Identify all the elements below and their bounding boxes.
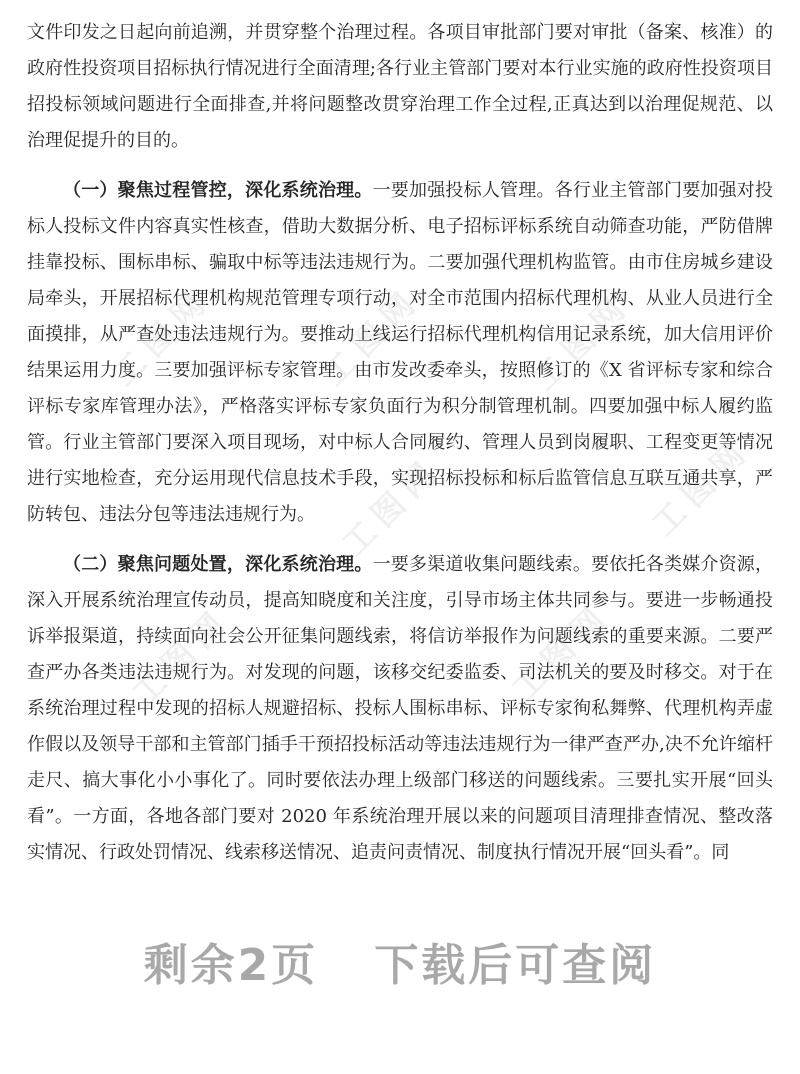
pages-remaining-label: 剩余2页 bbox=[144, 929, 319, 993]
document-preview-page: 工图网工图网工图网工图网工图网工图网工图网 招标投标领域突出问题系统治理工作安排… bbox=[0, 0, 800, 1074]
paragraph-continuation: 文件印发之日起向前追溯，并贯穿整个治理过程。各项目审批部门要对审批（备案、核准）… bbox=[27, 15, 773, 159]
paragraph-section-2: （二）聚焦问题处置，深化系统治理。一要多渠道收集问题线索。要依托各类媒介资源，深… bbox=[27, 547, 773, 871]
document-body: 招标投标领域突出问题系统治理工作安排的时间要求保持一致,各项治理事项原则上从相关… bbox=[0, 0, 800, 871]
download-hint-label: 下载后可查阅 bbox=[374, 929, 656, 993]
pages-remaining-banner: 剩余2页 下载后可查阅 bbox=[0, 929, 800, 993]
section-1-heading: （一）聚焦过程管控，深化系统治理。 bbox=[63, 180, 373, 201]
clipped-top-line: 招标投标领域突出问题系统治理工作安排的时间要求保持一致,各项治理事项原则上从相关 bbox=[27, 0, 773, 9]
paragraph-text: 一要多渠道收集问题线索。要依托各类媒介资源，深入开展系统治理宣传动员，提高知晓度… bbox=[27, 554, 773, 863]
clipped-top-line-text: 招标投标领域突出问题系统治理工作安排的时间要求保持一致,各项治理事项原则上从相关 bbox=[27, 0, 773, 9]
paragraph-text: 一要加强投标人管理。各行业主管部门要加强对投标人投标文件内容真实性核查，借助大数… bbox=[27, 180, 773, 525]
paragraph-text: 文件印发之日起向前追溯，并贯穿整个治理过程。各项目审批部门要对审批（备案、核准）… bbox=[27, 22, 773, 151]
section-2-heading: （二）聚焦问题处置，深化系统治理。 bbox=[63, 554, 373, 575]
paragraph-section-1: （一）聚焦过程管控，深化系统治理。一要加强投标人管理。各行业主管部门要加强对投标… bbox=[27, 173, 773, 533]
